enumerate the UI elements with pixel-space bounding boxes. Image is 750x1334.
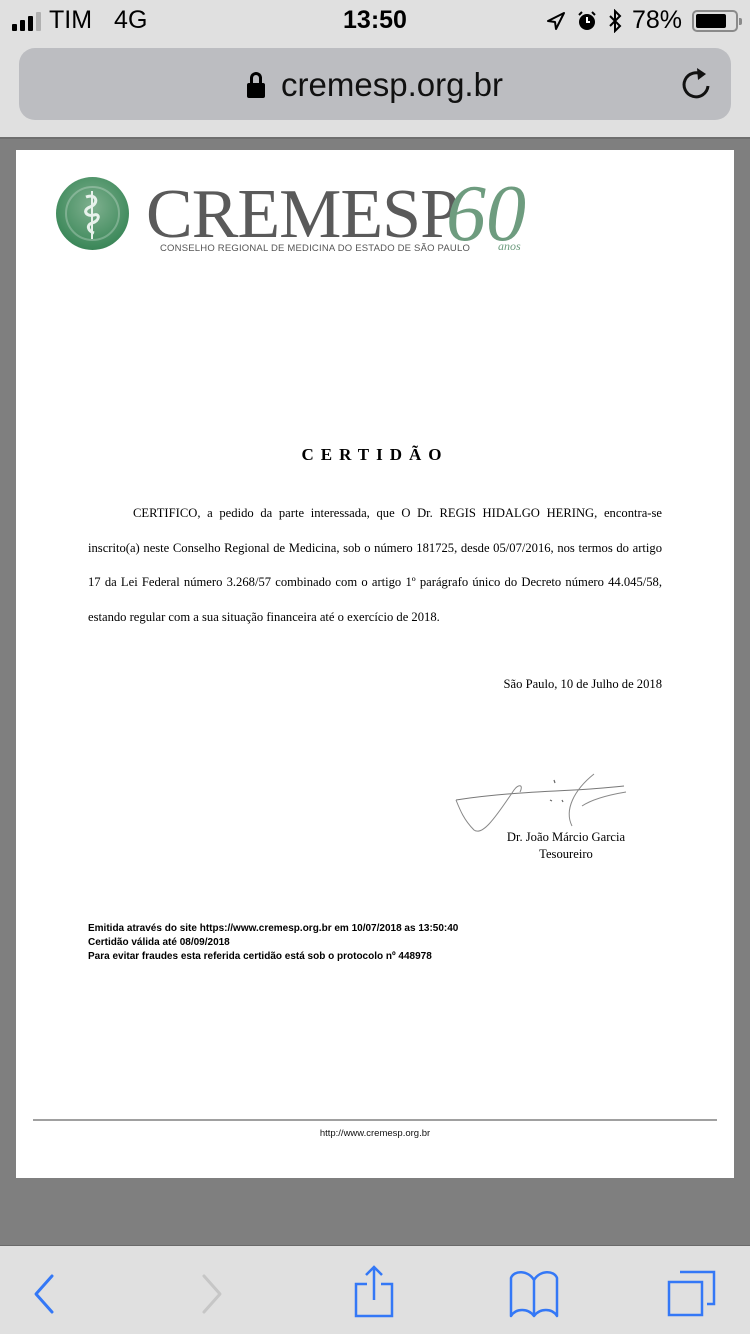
status-bar: TIM 4G 13:50 78% [0, 0, 750, 40]
issuance-info: Emitida através do site https://www.crem… [88, 922, 458, 964]
logo-subtitle: CONSELHO REGIONAL DE MEDICINA DO ESTADO … [160, 243, 470, 254]
caduceus-emblem-icon [56, 177, 129, 250]
bluetooth-icon [608, 9, 622, 33]
address-bar[interactable]: cremesp.org.br [19, 48, 731, 120]
lock-icon [247, 72, 265, 98]
certificate-paragraph: CERTIFICO, a pedido da parte interessada… [88, 496, 662, 634]
protocol-line: Para evitar fraudes esta referida certid… [88, 950, 458, 964]
cremesp-logo: CREMESP CONSELHO REGIONAL DE MEDICINA DO… [56, 175, 546, 260]
url-text[interactable]: cremesp.org.br [281, 66, 503, 103]
footer-link[interactable]: http://www.cremesp.org.br [16, 1128, 734, 1139]
battery-percent: 78% [632, 6, 682, 35]
forward-icon[interactable] [184, 1264, 240, 1320]
reload-icon[interactable] [679, 66, 713, 102]
validity-line: Certidão válida até 08/09/2018 [88, 936, 458, 950]
bookmarks-icon[interactable] [506, 1264, 562, 1320]
back-icon[interactable] [16, 1264, 72, 1320]
certificate-document: CREMESP CONSELHO REGIONAL DE MEDICINA DO… [16, 150, 734, 1178]
share-icon[interactable] [346, 1264, 402, 1320]
document-title: CERTIDÃO [16, 445, 734, 465]
signer-name: Dr. João Márcio Garcia [436, 830, 696, 845]
alarm-icon [576, 10, 598, 32]
browser-header: cremesp.org.br [0, 40, 750, 139]
tabs-icon[interactable] [664, 1264, 720, 1320]
signer-role: Tesoureiro [436, 847, 696, 862]
location-arrow-icon [546, 11, 566, 31]
battery-icon [692, 10, 738, 32]
issued-via-line: Emitida através do site https://www.crem… [88, 922, 458, 936]
footer-divider [33, 1119, 717, 1121]
browser-toolbar [0, 1245, 750, 1334]
place-and-date: São Paulo, 10 de Julho de 2018 [504, 677, 662, 692]
logo-anniversary-label: anos [498, 239, 521, 254]
